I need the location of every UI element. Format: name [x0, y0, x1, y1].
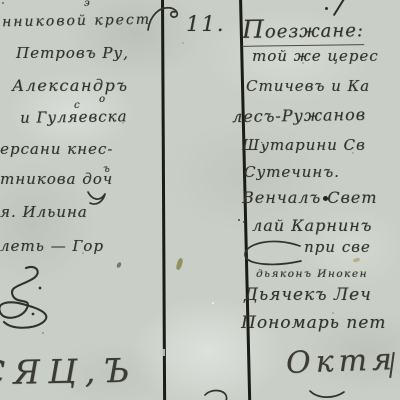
handwritten-line: лесъ-Ружанов: [232, 105, 366, 126]
superscript-mark: ъ: [103, 164, 110, 175]
record-number: 11.: [186, 12, 225, 36]
handwritten-line: леть — Гор: [0, 237, 104, 255]
section-heading: Поезжане:: [242, 13, 364, 47]
month-word-fragment-left: СЯЦ,Ъ: [0, 351, 138, 393]
clergy-line: Пономарь пет: [241, 313, 386, 333]
handwritten-line: я. Ильина: [0, 203, 88, 221]
paper-fleck: [116, 261, 122, 268]
cut-flourish-bottom: [198, 388, 232, 400]
heading-rest: оезжане:: [265, 20, 364, 42]
rule-ink-gap: [160, 349, 165, 356]
handwritten-line: Сутечинъ.: [244, 163, 340, 181]
handwritten-line: тникова доч: [0, 170, 113, 188]
handwritten-line: Александръ: [12, 76, 128, 95]
superscript-mark: э: [84, 0, 90, 9]
ink-blot: [323, 196, 328, 201]
heading-initial: П: [242, 15, 265, 44]
handwritten-line: Венчалъ Свет: [242, 188, 377, 207]
month-word-fragment-right: Октя: [285, 342, 397, 381]
ink-dot: [325, 7, 328, 10]
handwritten-line: Стичевъ и Ка: [246, 77, 370, 95]
paper-fleck: [175, 258, 183, 271]
paper-fleck: [243, 221, 245, 223]
paper-speckle-field: [2, 2, 4, 4]
paraph-flourish: [0, 264, 58, 330]
handwritten-line: нниковой крест: [2, 12, 151, 31]
handwritten-line: ерсани кнес-: [0, 140, 113, 158]
handwritten-line: Петровъ Ру,: [16, 44, 129, 62]
bracket-flourish: [146, 4, 182, 34]
handwritten-line: той же церес: [252, 47, 379, 65]
descender-flourish: [86, 188, 112, 206]
handwritten-line: и Гуляевска: [20, 107, 128, 126]
handwritten-line: при све: [304, 238, 371, 256]
clergy-line: Дьячекъ Леч: [244, 285, 372, 305]
c-flourish: [238, 240, 304, 268]
superscript-mark: о: [99, 94, 105, 105]
handwritten-line: лай Карнинъ: [252, 216, 372, 235]
paper-fleck: [238, 219, 240, 221]
tail-flourish: [308, 389, 346, 400]
column-rule-left: [161, 0, 166, 400]
paper-fleck: [353, 257, 361, 263]
handwritten-line: Шутарини Св: [242, 136, 366, 154]
clergy-small-line: дьяконъ Инокен: [256, 268, 368, 280]
document-page: нниковой крест э Петровъ Ру, Александръ …: [0, 0, 400, 400]
